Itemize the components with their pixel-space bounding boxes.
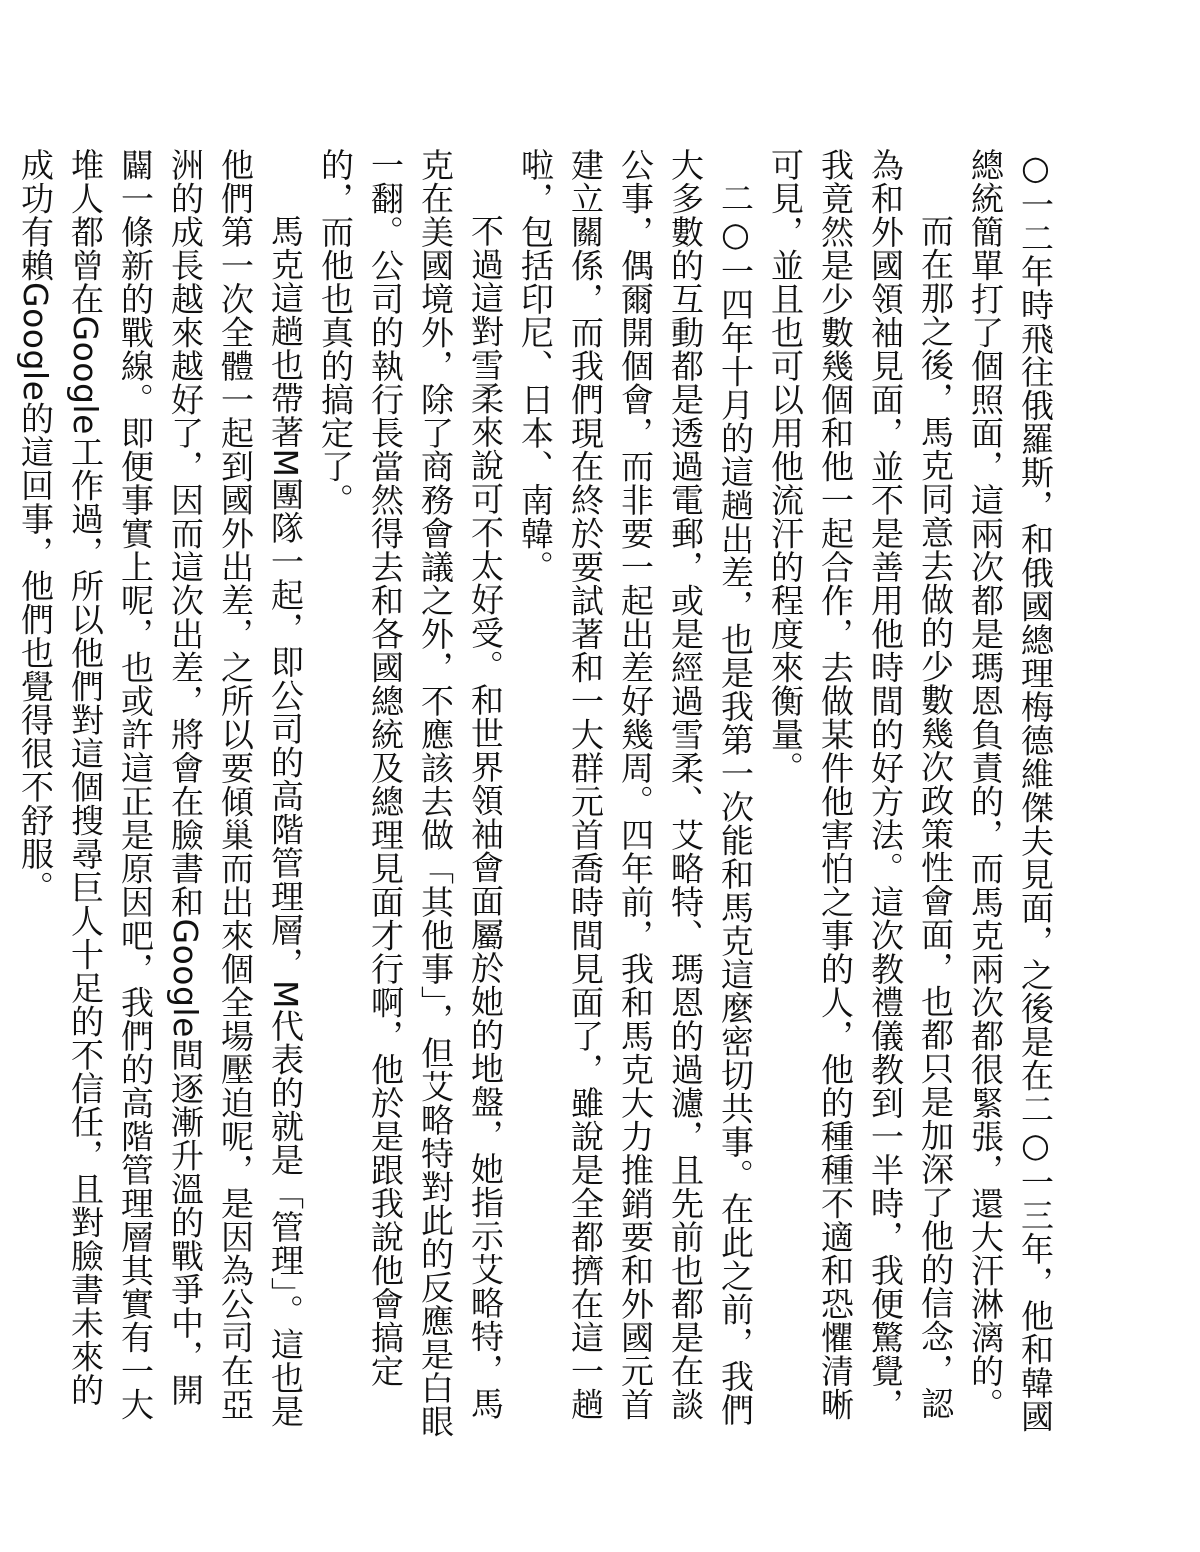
book-page: ○一二年時飛往俄羅斯，和俄國總理梅德維傑夫見面，之後是在二○一三年，他和韓國總統… xyxy=(0,0,1200,1552)
paragraph-continued: ○一二年時飛往俄羅斯，和俄國總理梅德維傑夫見面，之後是在二○一三年，他和韓國總統… xyxy=(960,148,1060,1438)
vertical-text-body: ○一二年時飛往俄羅斯，和俄國總理梅德維傑夫見面，之後是在二○一三年，他和韓國總統… xyxy=(10,148,1060,1438)
paragraph: 馬克這趟也帶著M團隊一起，即公司的高階管理層，M代表的就是「管理」。這也是他們第… xyxy=(10,148,310,1438)
paragraph: 而在那之後，馬克同意去做的少數幾次政策性會面，也都只是加深了他的信念，認為和外國… xyxy=(760,148,960,1438)
paragraph: 二○一四年十月的這趟出差，也是我第一次能和馬克這麼密切共事。在此之前，我們大多數… xyxy=(510,148,760,1438)
paragraph: 不過這對雪柔來說可不太好受。和世界領袖會面屬於她的地盤，她指示艾略特，馬克在美國… xyxy=(310,148,510,1438)
